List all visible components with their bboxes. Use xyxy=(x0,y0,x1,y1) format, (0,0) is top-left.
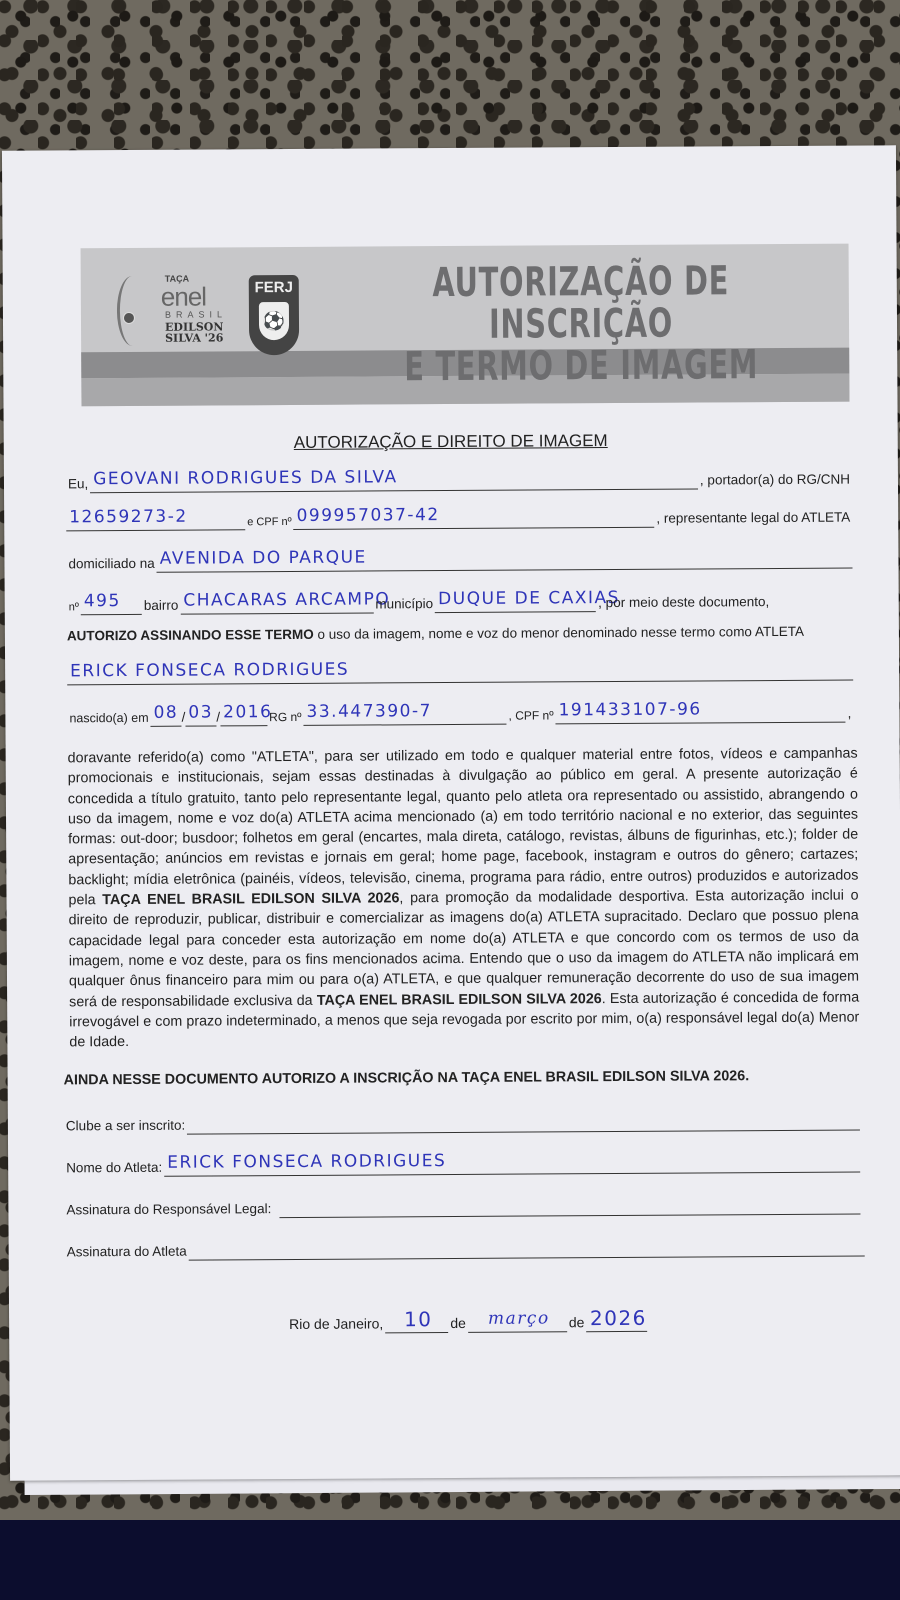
date-line: Rio de Janeiro, 10 de março de 2026 xyxy=(287,1307,647,1334)
field-label: Nome do Atleta: xyxy=(64,1160,164,1178)
nascimento-ano-field[interactable]: 2016 xyxy=(220,701,267,726)
field-label: , representante legal do ATLETA xyxy=(654,510,852,528)
field-label: , xyxy=(846,706,854,723)
responsavel-name-field[interactable]: GEOVANI RODRIGUES DA SILVA xyxy=(90,464,698,493)
autorizo-line: AUTORIZO ASSINANDO ESSE TERMO o uso da i… xyxy=(67,624,853,644)
banner-title-line: E TERMO DE IMAGEM xyxy=(394,344,769,388)
logo-text-line: SILVA '26 xyxy=(165,332,223,343)
atleta-cpf-field[interactable]: 191433107-96 xyxy=(555,698,845,725)
field-label: RG nº xyxy=(267,710,303,726)
terms-text: doravante referido(a) como "ATLETA", par… xyxy=(68,746,859,909)
nome-atleta-field[interactable]: ERICK FONSECA RODRIGUES xyxy=(164,1148,860,1177)
field-row-responsavel: Eu, GEOVANI RODRIGUES DA SILVA , portado… xyxy=(66,464,852,494)
bairro-field[interactable]: CHACARAS ARCAMPO xyxy=(180,588,373,614)
field-label: nascido(a) em xyxy=(67,711,150,728)
field-label: , portador(a) do RG/CNH xyxy=(698,472,852,490)
autorizo-rest: o uso da imagem, nome e voz do menor den… xyxy=(314,624,804,642)
field-label: de xyxy=(448,1315,468,1333)
atleta-rg-field[interactable]: 33.447390-7 xyxy=(303,700,506,726)
field-label: Assinatura do Responsável Legal: xyxy=(64,1201,273,1219)
banner-title: AUTORIZAÇÃO DE INSCRIÇÃO E TERMO DE IMAG… xyxy=(393,260,768,388)
taca-enel-logo: TAÇA enel BRASIL EDILSON SILVA '26 xyxy=(117,267,237,348)
municipio-field[interactable]: DUQUE DE CAXIAS xyxy=(435,587,596,613)
section-heading: AUTORIZAÇÃO E DIREITO DE IMAGEM xyxy=(4,429,898,454)
autorizo-text: AUTORIZO ASSINANDO ESSE TERMO o uso da i… xyxy=(67,624,804,644)
nascimento-mes-field[interactable]: 03 xyxy=(185,701,216,726)
clube-field[interactable] xyxy=(187,1106,860,1135)
endereco-field[interactable]: AVENIDA DO PARQUE xyxy=(157,544,853,573)
field-label: município xyxy=(373,596,435,613)
field-label: domiciliado na xyxy=(66,556,156,574)
nascimento-dia-field[interactable]: 08 xyxy=(151,702,182,727)
field-row-documentos: 12659273-2 e CPF nº 099957037-42 , repre… xyxy=(66,502,852,532)
field-label: de xyxy=(567,1314,587,1332)
logo-text: BRASIL xyxy=(165,309,227,319)
ferj-logo: FERJ ⚽ xyxy=(249,275,299,355)
background-surface-dark xyxy=(0,1520,900,1600)
date-year-field[interactable]: 2026 xyxy=(586,1307,647,1332)
assinatura-atleta-field[interactable] xyxy=(189,1231,865,1260)
field-row-assinatura-atleta: Assinatura do Atleta xyxy=(65,1231,865,1261)
terms-bold: TAÇA ENEL BRASIL EDILSON SILVA 2026 xyxy=(317,991,602,1009)
soccer-ball-icon xyxy=(123,312,135,324)
field-row-nascimento: nascido(a) em 08 / 03 / 2016 RG nº 33.44… xyxy=(67,698,853,728)
field-row-nome-atleta: Nome do Atleta: ERICK FONSECA RODRIGUES xyxy=(64,1148,860,1178)
assinatura-responsavel-field[interactable] xyxy=(279,1190,860,1219)
responsavel-cpf-field[interactable]: 099957037-42 xyxy=(293,503,654,530)
field-label: nº xyxy=(67,601,81,615)
field-row-localidade: nº 495 bairro CHACARAS ARCAMPO município… xyxy=(67,586,853,616)
field-label: e CPF nº xyxy=(245,516,293,530)
swirl-icon xyxy=(117,276,148,346)
field-label: Eu, xyxy=(66,476,90,493)
logo-text: EDILSON SILVA '26 xyxy=(165,321,224,343)
date-day-field[interactable]: 10 xyxy=(385,1308,448,1333)
field-label: , por meio deste documento, xyxy=(596,594,771,612)
banner-title-line: AUTORIZAÇÃO DE INSCRIÇÃO xyxy=(393,260,768,346)
terms-bold: TAÇA ENEL BRASIL EDILSON SILVA 2026 xyxy=(102,890,399,908)
field-label: Clube a ser inscrito: xyxy=(64,1118,187,1136)
logo-text: enel xyxy=(161,281,206,312)
responsavel-rg-field[interactable]: 12659273-2 xyxy=(66,505,245,531)
terms-paragraph: doravante referido(a) como "ATLETA", par… xyxy=(68,744,860,1053)
shield-icon: ⚽ xyxy=(259,302,289,340)
field-row-assinatura-responsavel: Assinatura do Responsável Legal: xyxy=(64,1190,860,1220)
field-label: , CPF nº xyxy=(506,708,555,724)
header-banner: TAÇA enel BRASIL EDILSON SILVA '26 FERJ … xyxy=(81,244,850,407)
ferj-label: FERJ xyxy=(249,279,299,296)
atleta-name-field[interactable]: ERICK FONSECA RODRIGUES xyxy=(67,656,853,686)
field-label: bairro xyxy=(142,598,181,615)
autorizo-bold: AUTORIZO ASSINANDO ESSE TERMO xyxy=(67,627,314,644)
field-row-clube: Clube a ser inscrito: xyxy=(64,1106,860,1136)
document-page: TAÇA enel BRASIL EDILSON SILVA '26 FERJ … xyxy=(2,145,900,1480)
city-label: Rio de Janeiro, xyxy=(287,1315,385,1334)
date-month-field[interactable]: março xyxy=(468,1307,567,1333)
field-label: Assinatura do Atleta xyxy=(65,1244,189,1262)
field-row-atleta: ERICK FONSECA RODRIGUES xyxy=(67,656,853,686)
inscricao-heading: AINDA NESSE DOCUMENTO AUTORIZO A INSCRIÇ… xyxy=(64,1068,750,1088)
field-row-endereco: domiciliado na AVENIDA DO PARQUE xyxy=(66,544,852,574)
numero-field[interactable]: 495 xyxy=(81,590,142,615)
